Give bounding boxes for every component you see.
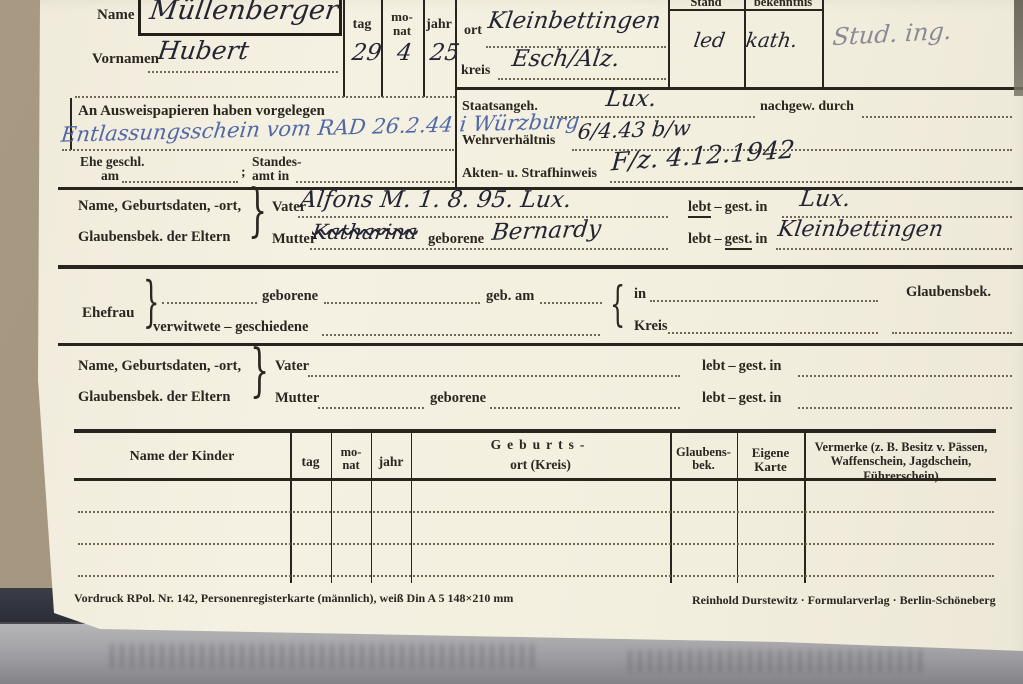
wehr-label: Wehrverhältnis [462, 134, 555, 149]
column-rule [668, 0, 670, 88]
registration-card-paper: Name Müllenberger Vornamen Hubert tag mo… [0, 0, 1023, 684]
lebt-gest-label-mutter2: lebt–gest.in [702, 391, 785, 406]
table-row-rule [78, 575, 994, 577]
brace: } [248, 178, 267, 245]
vater-value-handwritten: Alfons M. 1. 8. 95. Lux. [298, 189, 572, 212]
dotted-rule [798, 375, 1012, 377]
akten-label: Akten- u. Strafhinweis [462, 167, 597, 182]
photo-of-person-registration-card: Name Müllenberger Vornamen Hubert tag mo… [0, 0, 1023, 684]
paper-reflection [110, 644, 540, 668]
in-word: in [755, 199, 767, 215]
column-rule [343, 0, 345, 97]
dotted-rule [650, 300, 878, 302]
name-label: Name [97, 8, 135, 24]
section-rule [455, 0, 457, 188]
dotted-rule [296, 181, 454, 183]
lebt-word: lebt [688, 199, 711, 218]
dotted-rule [148, 71, 338, 73]
vornamen-label: Vornamen [92, 52, 159, 68]
eltern-frau-label-line1: Name, Geburtsdaten, -ort, [78, 359, 241, 374]
dotted-rule [776, 248, 1012, 250]
staatsangeh-value-handwritten: Lux. [604, 88, 658, 111]
dotted-rule [322, 334, 600, 336]
gest-word: gest. [725, 231, 753, 250]
dotted-rule [668, 332, 878, 334]
kinder-monat-header: mo-nat [331, 446, 371, 472]
lebt-word: lebt [688, 231, 711, 247]
akten-value-handwritten: F/z. 4.12.1942 [610, 137, 795, 175]
tag-value-handwritten: 29 [350, 42, 383, 65]
brace: } [250, 338, 269, 405]
table-column-rule [371, 431, 372, 583]
kinder-ort-header: ort (Kreis) [411, 458, 670, 472]
gest-word: gest. [725, 199, 753, 215]
kreis-value-handwritten: Esch/Alz. [510, 48, 621, 71]
mutter-value-handwritten: Katharina [311, 222, 419, 243]
kinder-geburts-header: Geburts- [411, 438, 670, 452]
lebt-gest-label-vater: lebt–gest.in [688, 200, 771, 215]
dotted-rule [162, 302, 257, 304]
in-word: in [769, 358, 781, 374]
stand-header: Stand [668, 0, 744, 9]
dotted-rule [892, 332, 1012, 334]
dotted-rule [498, 78, 666, 80]
geborene2-label: geborene [430, 391, 486, 406]
ehefrau-in-label: in [634, 287, 646, 302]
dotted-rule [298, 216, 668, 218]
ehefrau-geborene-label: geborene [262, 289, 318, 304]
ehefrau-glaubensbek-label: Glaubensbek. [906, 285, 991, 300]
monat-value-handwritten: 4 [395, 42, 413, 65]
eltern-label-line2: Glaubensbek. der Eltern [78, 230, 230, 245]
table-column-rule [290, 431, 292, 583]
brace: { [610, 276, 625, 332]
kinder-karte-header: EigeneKarte [737, 446, 804, 473]
kinder-tag-header: tag [290, 455, 331, 469]
mutter2-label: Mutter [275, 391, 319, 406]
table-column-rule [411, 431, 412, 583]
dotted-rule [122, 181, 238, 183]
lebt-word: lebt [702, 358, 725, 374]
jahr-value-handwritten: 25 [428, 42, 461, 65]
dash: – [728, 358, 735, 374]
vater-ort-handwritten: Lux. [798, 188, 852, 211]
dotted-rule [862, 116, 1012, 118]
kinder-jahr-header: jahr [371, 455, 411, 469]
footer-form-number: Vordruck RPol. Nr. 142, Personenregister… [74, 592, 513, 605]
staatsangeh-label: Staatsangeh. [462, 100, 538, 115]
dash: – [728, 390, 735, 406]
dotted-rule [310, 248, 668, 250]
dotted-rule [75, 96, 455, 98]
bekenntnis-value-handwritten: kath. [745, 30, 799, 50]
kinder-vermerke-header: Vermerke (z. B. Besitz v. Pässen, Waffen… [806, 440, 996, 483]
verwitwete-label: verwitwete – geschiedene [153, 320, 308, 335]
ehefrau-kreis-label: Kreis [634, 319, 668, 334]
eltern-frau-label-line2: Glaubensbek. der Eltern [78, 390, 230, 405]
jahr-header: jahr [423, 18, 455, 33]
table-top-border [74, 429, 996, 433]
kinder-name-header: Name der Kinder [74, 450, 290, 465]
gest-word: gest. [739, 358, 767, 374]
dotted-rule [308, 375, 680, 377]
in-word: in [769, 390, 781, 406]
dotted-rule [540, 302, 602, 304]
monat-header: mo-nat [381, 10, 423, 37]
geborene-label: geborene [428, 232, 484, 247]
footer-publisher: Reinhold Durstewitz · Formularverlag · B… [692, 594, 996, 607]
vater2-label: Vater [275, 359, 309, 374]
mutter-geborene-handwritten: Bernardy [491, 218, 603, 245]
dash: – [714, 231, 721, 247]
table-row-rule [78, 543, 994, 545]
gest-word: gest. [739, 390, 767, 406]
bekenntnis-header: bekenntnis [744, 0, 822, 9]
stand-value-handwritten: led [693, 30, 727, 50]
geb-am-label: geb. am [486, 289, 534, 304]
dotted-rule [798, 407, 1012, 409]
tag-header: tag [343, 18, 381, 33]
section-divider [455, 87, 1023, 90]
semicolon: ; [241, 166, 246, 181]
vornamen-value-handwritten: Hubert [156, 38, 250, 63]
card-edge-shadow [1014, 0, 1023, 96]
ehefrau-label: Ehefrau [82, 306, 135, 322]
paper-reflection [628, 650, 928, 672]
nachgew-label: nachgew. durch [760, 100, 854, 115]
eltern-label-line1: Name, Geburtsdaten, -ort, [78, 199, 241, 214]
wehr-value-handwritten: 6/4.43 b/w [577, 118, 692, 143]
ort-label: ort [464, 24, 482, 39]
mutter-ort-handwritten: Kleinbettingen [776, 219, 944, 241]
table-row-rule [78, 511, 994, 513]
lebt-gest-label-vater2: lebt–gest.in [702, 359, 785, 374]
ort-value-handwritten: Kleinbettingen [486, 10, 662, 33]
ehe-label-line2: am [101, 169, 119, 183]
dotted-rule [490, 407, 680, 409]
name-value-handwritten: Müllenberger [148, 0, 340, 24]
dotted-rule [324, 302, 480, 304]
column-rule [423, 0, 425, 97]
kreis-label: kreis [461, 64, 490, 79]
dotted-rule [62, 149, 454, 151]
in-word: in [755, 231, 767, 247]
beruf-pencil-note: Stud. ing. [832, 19, 953, 49]
header-rule [668, 9, 823, 11]
section-divider [58, 343, 1023, 346]
dotted-rule [610, 181, 1012, 183]
dotted-rule [318, 407, 424, 409]
mutter-label: Mutter [272, 232, 316, 247]
section-divider [58, 265, 1023, 269]
column-rule [822, 0, 824, 88]
lebt-gest-label-mutter: lebt–gest.in [688, 232, 771, 247]
lebt-word: lebt [702, 390, 725, 406]
dash: – [714, 199, 721, 215]
kinder-glaubens-header: Glaubens-bek. [670, 446, 737, 472]
